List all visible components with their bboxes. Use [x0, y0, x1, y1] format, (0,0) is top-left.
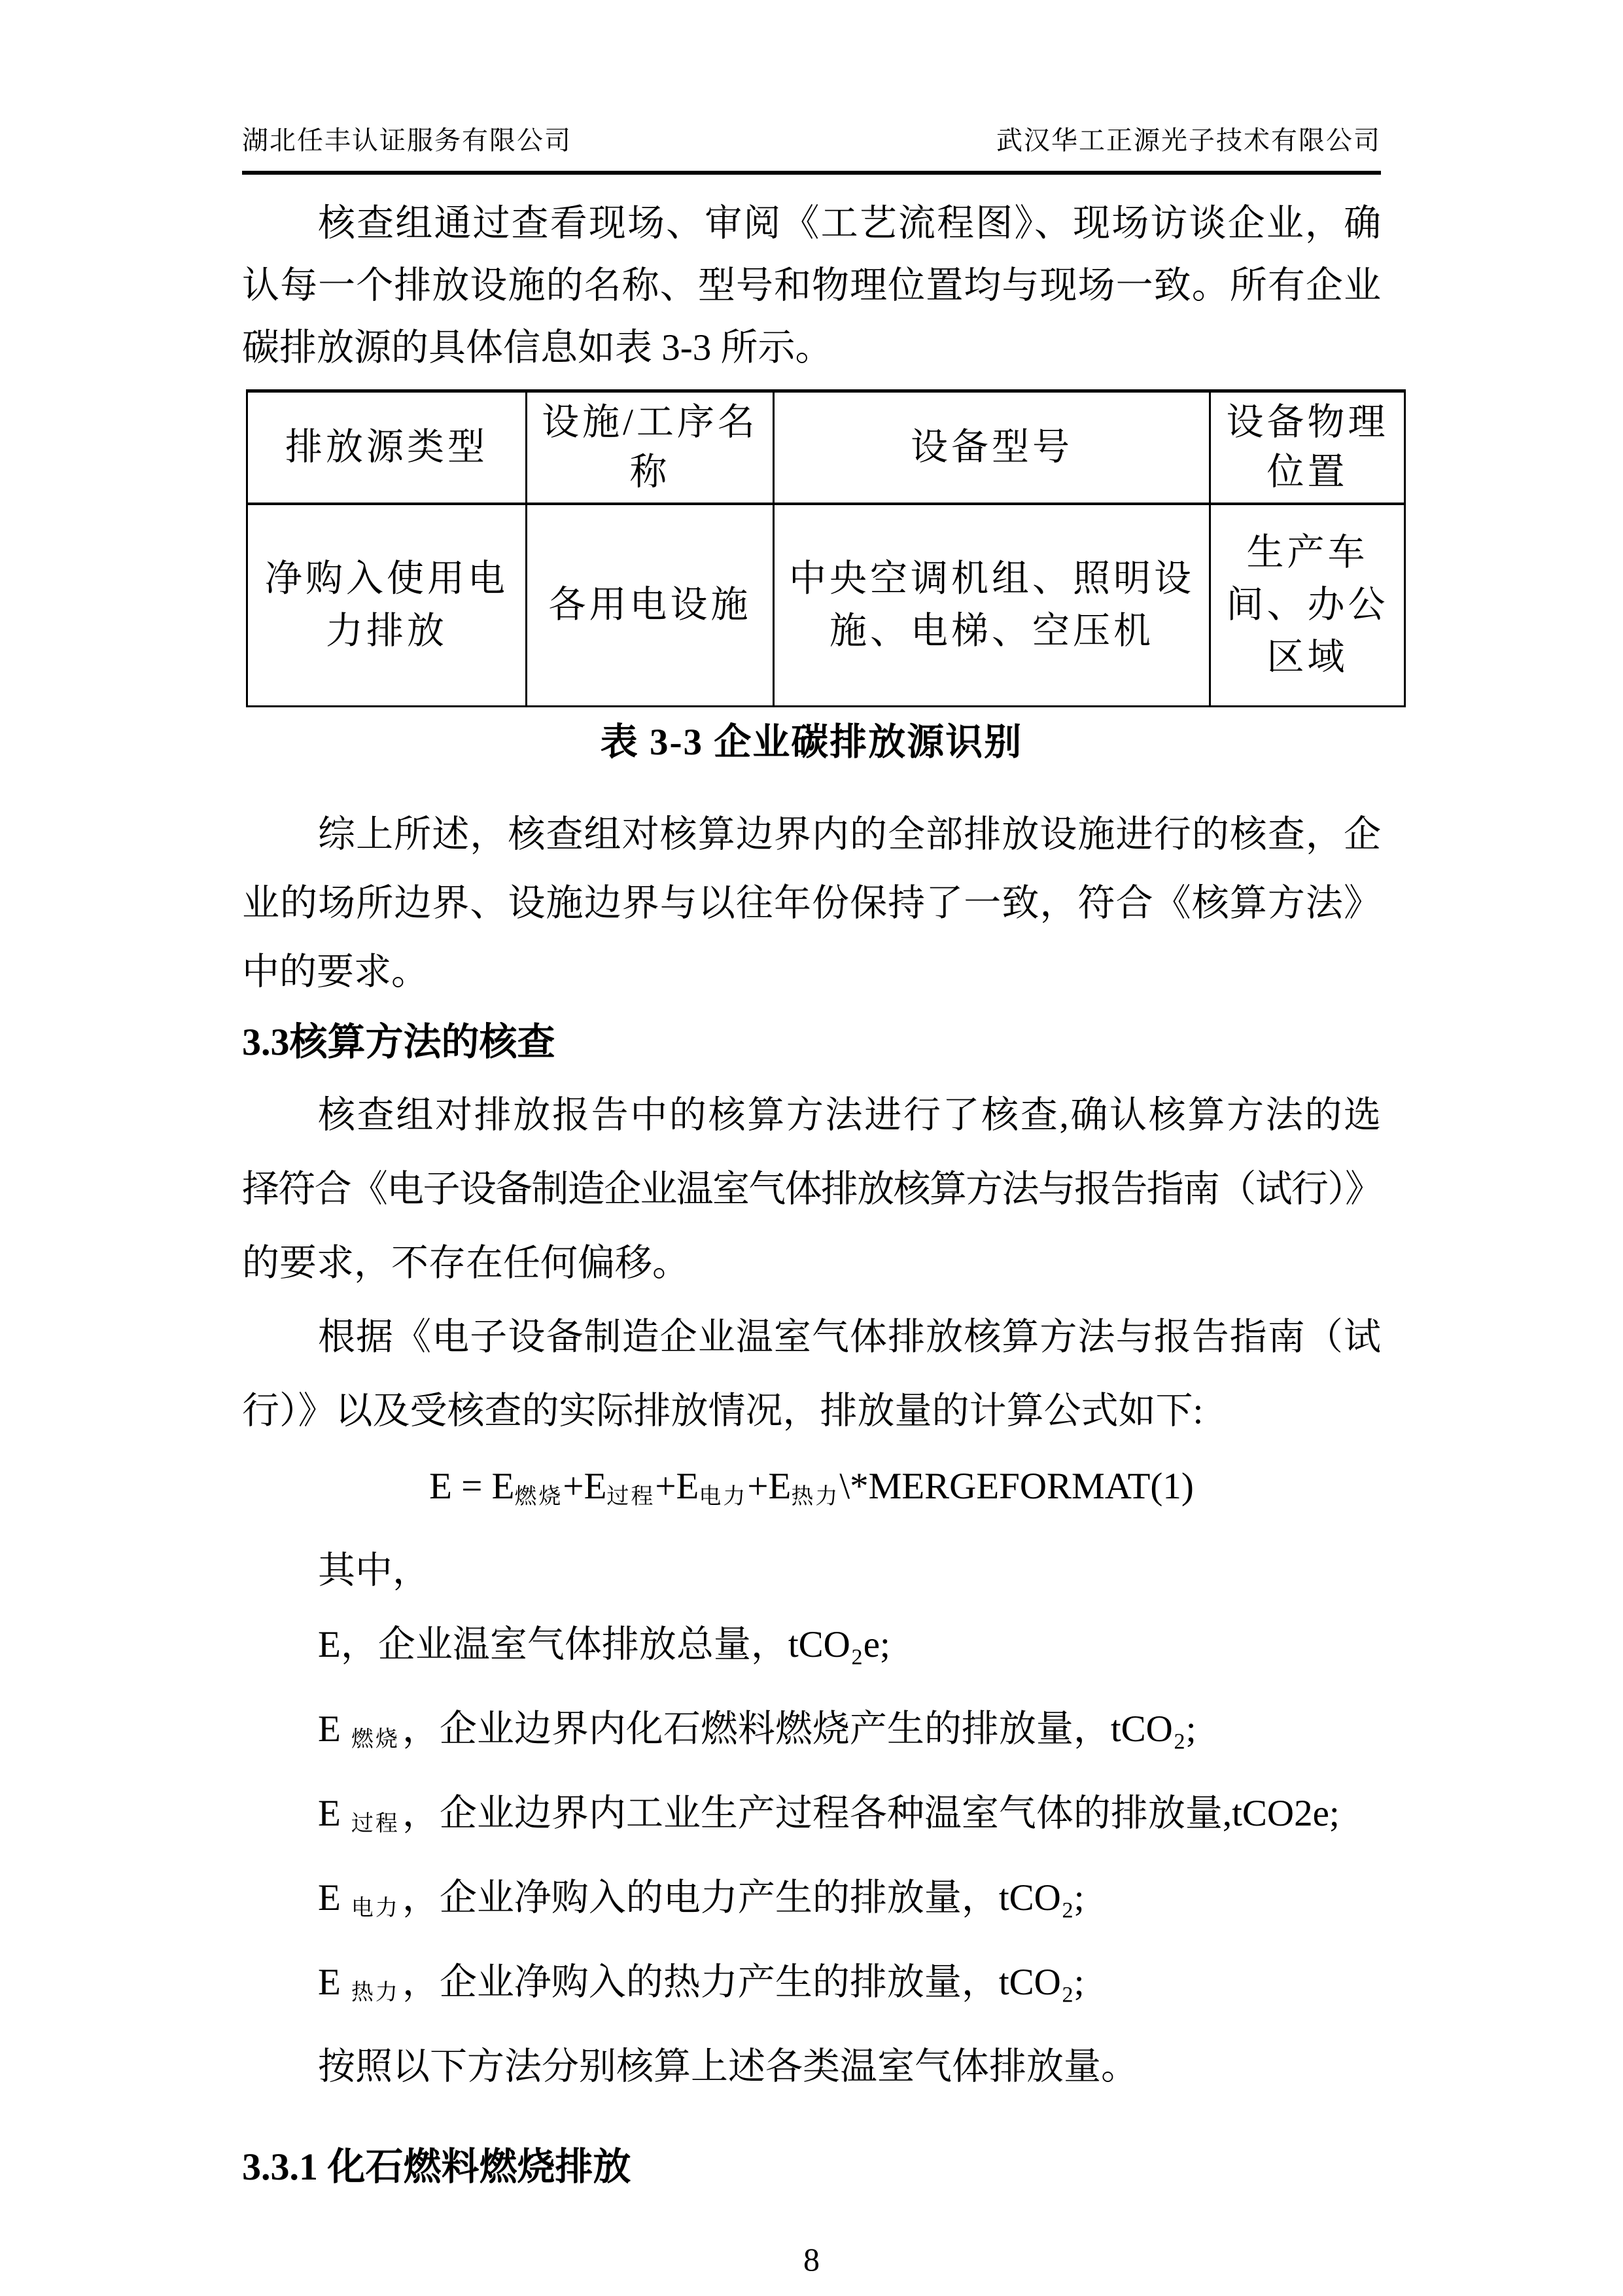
text-line: 根据《电子设备制造企业温室气体排放核算方法与报告指南（试 [242, 1300, 1381, 1374]
definition-outro: 按照以下方法分别核算上述各类温室气体排放量。 [242, 2030, 1381, 2104]
table-caption: 表 3-3 企业碳排放源识别 [242, 716, 1381, 769]
paragraph-emission-facilities: 核查组通过查看现场、审阅《工艺流程图》、现场访谈企业，确 认每一个排放设施的名称… [242, 192, 1381, 379]
definition-text: ，企业边界内工业生产过程各种温室气体的排放量,tCO2e; [402, 1793, 1340, 1834]
emission-formula: E = E燃烧+E过程+E电力+E热力\*MERGEFORMAT(1) [242, 1449, 1381, 1534]
header-company-left: 湖北任丰认证服务有限公司 [242, 121, 572, 160]
text-line: 的要求，不存在任何偏移。 [242, 1226, 1381, 1300]
table-cell-equipment-model: 中央空调机组、照明设 施、电梯、空压机 [774, 504, 1210, 707]
definition-list: 其中， E，企业温室气体排放总量，tCO₂e; E燃烧，企业边界内化石燃料燃烧产… [242, 1534, 1381, 2104]
table-data-row: 净购入使用电 力排放 各用电设施 中央空调机组、照明设 施、电梯、空压机 生产车… [247, 504, 1405, 707]
symbol-subscript: 过程 [351, 1812, 400, 1836]
definition-item-total: E，企业温室气体排放总量，tCO₂e; [242, 1608, 1381, 1692]
table-header-row: 排放源类型 设施/工序名 称 设备型号 设备物理 位置 [247, 391, 1405, 504]
formula-subscript-heat: 热力 [791, 1485, 839, 1509]
text-line: 核查组通过查看现场、审阅《工艺流程图》、现场访谈企业，确 [242, 192, 1381, 255]
formula-term: E = E [429, 1466, 514, 1507]
table-cell-facility-name: 各用电设施 [527, 504, 774, 707]
page-header: 湖北任丰认证服务有限公司 武汉华工正源光子技术有限公司 [242, 121, 1381, 160]
paragraph-boundary-conclusion: 综上所述，核查组对核算边界内的全部排放设施进行的核查，企 业的场所边界、设施边界… [242, 800, 1381, 1006]
page-content: 湖北任丰认证服务有限公司 武汉华工正源光子技术有限公司 核查组通过查看现场、审阅… [0, 0, 1623, 2279]
definition-item-heat: E热力，企业净购入的热力产生的排放量，tCO₂; [242, 1945, 1381, 2030]
formula-term: +E [563, 1466, 606, 1507]
text-line: 择符合《电子设备制造企业温室气体排放核算方法与报告指南（试行）》 [242, 1152, 1381, 1226]
symbol-subscript: 电力 [351, 1896, 400, 1920]
formula-subscript-process: 过程 [606, 1485, 655, 1509]
document-page: 湖北任丰认证服务有限公司 武汉华工正源光子技术有限公司 核查组通过查看现场、审阅… [0, 0, 1623, 2296]
definition-item-electricity: E电力，企业净购入的电力产生的排放量，tCO₂; [242, 1861, 1381, 1945]
page-footer: 8 [242, 2240, 1381, 2279]
table-cell-source-type: 净购入使用电 力排放 [247, 504, 527, 707]
symbol-E: E [318, 1793, 341, 1834]
text-line: 碳排放源的具体信息如表 3-3 所示。 [242, 317, 1381, 379]
formula-subscript-combustion: 燃烧 [514, 1485, 563, 1509]
formula-term: +E [655, 1466, 699, 1507]
symbol-E: E [318, 1877, 341, 1918]
text-line: 业的场所边界、设施边界与以往年份保持了一致，符合《核算方法》 [242, 869, 1381, 938]
paragraph-formula-intro: 根据《电子设备制造企业温室气体排放核算方法与报告指南（试 行）》以及受核查的实际… [242, 1300, 1381, 1448]
page-number: 8 [803, 2241, 820, 2278]
definition-text: ，企业净购入的电力产生的排放量，tCO₂; [402, 1877, 1085, 1918]
header-rule [242, 171, 1381, 175]
symbol-E: E [318, 1962, 341, 2003]
text-line: 核查组对排放报告中的核算方法进行了核查,确认核算方法的选 [242, 1078, 1381, 1152]
text-line: 行）》以及受核查的实际排放情况，排放量的计算公式如下: [242, 1374, 1381, 1448]
symbol-E: E [318, 1708, 341, 1750]
section-heading-3-3-1: 3.3.1 化石燃料燃烧排放 [242, 2130, 1381, 2204]
table-header-physical-location: 设备物理 位置 [1210, 391, 1405, 504]
text-line: 认每一个排放设施的名称、型号和物理位置均与现场一致。所有企业 [242, 255, 1381, 317]
table-header-facility-name: 设施/工序名 称 [527, 391, 774, 504]
symbol-subscript: 热力 [351, 1981, 400, 2005]
symbol-E: E [318, 1624, 341, 1665]
text-line: 综上所述，核查组对核算边界内的全部排放设施进行的核查，企 [242, 800, 1381, 869]
table-header-equipment-model: 设备型号 [774, 391, 1210, 504]
paragraph-method-check: 核查组对排放报告中的核算方法进行了核查,确认核算方法的选 择符合《电子设备制造企… [242, 1078, 1381, 1300]
table-cell-physical-location: 生产车 间、办公 区域 [1210, 504, 1405, 707]
symbol-subscript: 燃烧 [351, 1727, 400, 1752]
definition-item-process: E过程，企业边界内工业生产过程各种温室气体的排放量,tCO2e; [242, 1776, 1381, 1861]
formula-term: +E [747, 1466, 791, 1507]
formula-mergeformat-tag: \*MERGEFORMAT(1) [839, 1466, 1194, 1507]
definition-item-combustion: E燃烧，企业边界内化石燃料燃烧产生的排放量，tCO₂; [242, 1692, 1381, 1776]
emission-source-table: 排放源类型 设施/工序名 称 设备型号 设备物理 位置 净购入使用电 力排放 各… [246, 389, 1406, 707]
section-heading-3-3: 3.3核算方法的核查 [242, 1006, 1381, 1078]
text-line: 中的要求。 [242, 938, 1381, 1006]
definition-text: ，企业边界内化石燃料燃烧产生的排放量，tCO₂; [402, 1708, 1196, 1750]
header-company-right: 武汉华工正源光子技术有限公司 [996, 121, 1381, 160]
table-header-source-type: 排放源类型 [247, 391, 527, 504]
formula-subscript-electricity: 电力 [699, 1485, 747, 1509]
definition-intro: 其中， [242, 1534, 1381, 1608]
definition-text: ，企业温室气体排放总量，tCO₂e; [341, 1624, 890, 1665]
definition-text: ，企业净购入的热力产生的排放量，tCO₂; [402, 1962, 1085, 2003]
